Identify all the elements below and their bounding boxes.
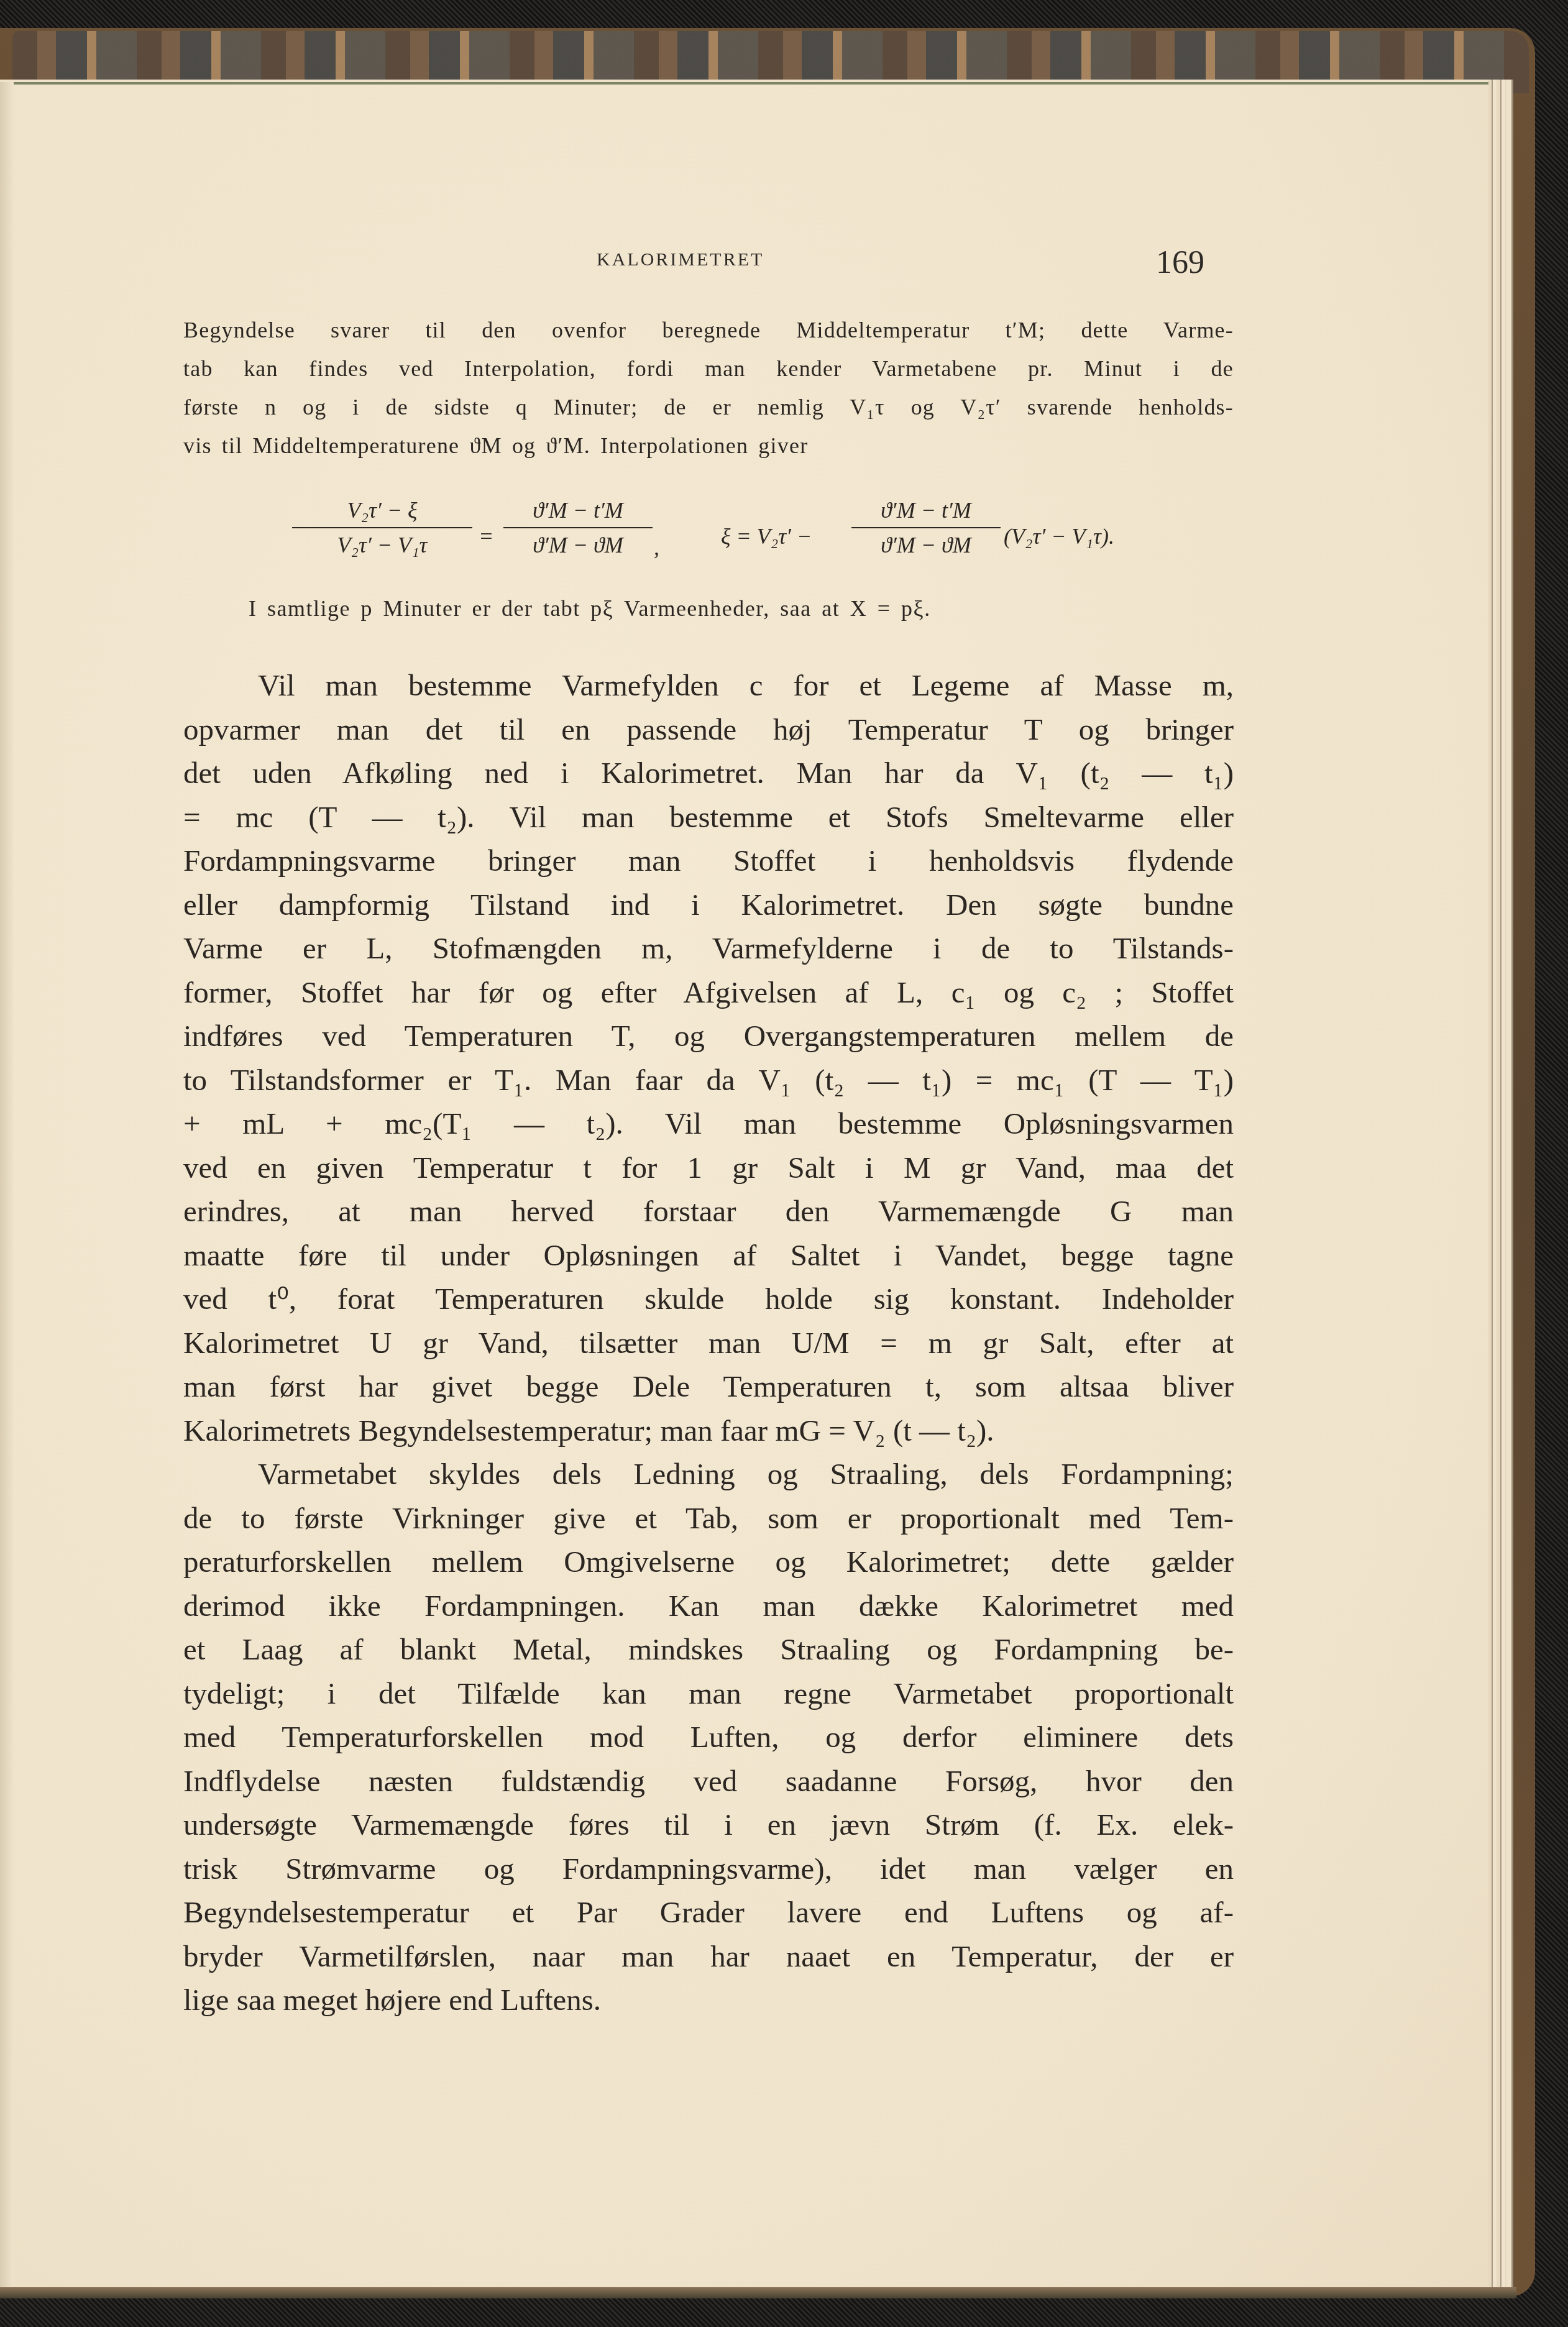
fraction-denominator: V₂τ′ − V₁τ [292, 532, 472, 558]
text-line: tydeligt; i det Tilfælde kan man regne V… [183, 1672, 1234, 1716]
text-line: derimod ikke Fordampningen. Kan man dækk… [183, 1584, 1234, 1628]
fraction-bar [292, 527, 472, 528]
text-line: Fordampningsvarme bringer man Stoffet i … [183, 839, 1234, 883]
text-line: maatte føre til under Opløsningen af Sal… [183, 1234, 1234, 1278]
xi-equation-tail: (V₂τ′ − V₁τ). [1004, 523, 1114, 549]
text-line: Vil man bestemme Varmefylden c for et Le… [183, 664, 1234, 708]
text-line: indføres ved Temperaturen T, og Overgang… [183, 1014, 1234, 1058]
running-head: KALORIMETRET [597, 249, 764, 270]
text-line: Kalorimetret U gr Vand, tilsætter man U/… [183, 1321, 1234, 1365]
text-line: former, Stoffet har før og efter Afgivel… [183, 971, 1234, 1015]
text-line: første n og i de sidste q Minuter; de er… [183, 388, 1234, 426]
text-line: ved en given Temperatur t for 1 gr Salt … [183, 1146, 1234, 1190]
text-line: vis til Middeltemperaturene ϑM og ϑ′M. I… [183, 426, 1234, 465]
main-text: Vil man bestemme Varmefylden c for et Le… [183, 664, 1234, 2022]
fraction-bar [503, 527, 653, 528]
text-line: med Temperaturforskellen mod Luften, og … [183, 1715, 1234, 1760]
formula-fraction-xi: ϑ′M − t′M ϑ′M − ϑM [851, 497, 1001, 558]
comma: , [654, 535, 659, 561]
text-line: eller dampformig Tilstand ind i Kalorime… [183, 883, 1234, 927]
text-line: Varme er L, Stofmængden m, Varmefylderne… [183, 927, 1234, 971]
text-line: trisk Strømvarme og Fordampningsvarme), … [183, 1847, 1234, 1891]
text-line: de to første Virkninger give et Tab, som… [183, 1497, 1234, 1541]
book-bottom-edge [0, 2287, 1516, 2298]
page-header: KALORIMETRET 169 [0, 244, 1488, 282]
text-line: Indflydelse næsten fuldstændig ved saada… [183, 1760, 1234, 1804]
text-line: = mc (T — t₂). Vil man bestemme et Stofs… [183, 796, 1234, 840]
text-line: undersøgte Varmemængde føres til i en jæ… [183, 1803, 1234, 1847]
text-line: + mL + mc₂(T₁ — t₂). Vil man bestemme Op… [183, 1102, 1234, 1146]
formula-fraction-left: V₂τ′ − ξ V₂τ′ − V₁τ [292, 497, 472, 558]
text-line: tab kan findes ved Interpolation, fordi … [183, 349, 1234, 388]
text-line: bryder Varmetilførslen, naar man har naa… [183, 1935, 1234, 1979]
text-line: Begyndelse svarer til den ovenfor beregn… [183, 311, 1234, 349]
fraction-denominator: ϑ′M − ϑM [851, 532, 1001, 558]
fraction-numerator: V₂τ′ − ξ [292, 497, 472, 523]
fraction-bar [851, 527, 1001, 528]
interpolation-formulas: V₂τ′ − ξ V₂τ′ − V₁τ = ϑ′M − t′M ϑ′M − ϑM… [292, 497, 1212, 603]
text-line: to Tilstandsformer er T₁. Man faar da V₁… [183, 1058, 1234, 1103]
fraction-numerator: ϑ′M − t′M [503, 497, 653, 523]
fraction-numerator: ϑ′M − t′M [851, 497, 1001, 523]
page-number: 169 [1156, 244, 1204, 281]
equals-sign: = [479, 523, 493, 549]
text-line: opvarmer man det til en passende høj Tem… [183, 708, 1234, 752]
binding-gutter [0, 82, 14, 2287]
text-line: Kalorimetrets Begyndelsestemperatur; man… [183, 1409, 1234, 1453]
intro-paragraph: Begyndelse svarer til den ovenfor beregn… [183, 311, 1234, 465]
xi-equation-lhs: ξ = V₂τ′ − [721, 523, 812, 549]
text-line: man først har givet begge Dele Temperatu… [183, 1365, 1234, 1409]
heat-loss-statement: I samtlige p Minuter er der tabt pξ Varm… [249, 595, 1218, 622]
text-line: peraturforskellen mellem Omgivelserne og… [183, 1540, 1234, 1584]
fraction-denominator: ϑ′M − ϑM [503, 532, 653, 558]
formula-fraction-right: ϑ′M − t′M ϑ′M − ϑM [503, 497, 653, 558]
text-line: erindres, at man herved forstaar den Var… [183, 1190, 1234, 1234]
text-line: det uden Afkøling ned i Kalorimetret. Ma… [183, 751, 1234, 796]
text-line: et Laag af blankt Metal, mindskes Straal… [183, 1628, 1234, 1672]
text-line: Begyndelsestemperatur et Par Grader lave… [183, 1891, 1234, 1935]
text-line: ved t⁰, forat Temperaturen skulde holde … [183, 1277, 1234, 1321]
text-line: lige saa meget højere end Luftens. [183, 1978, 1234, 2022]
text-line: Varmetabet skyldes dels Ledning og Straa… [183, 1453, 1234, 1497]
